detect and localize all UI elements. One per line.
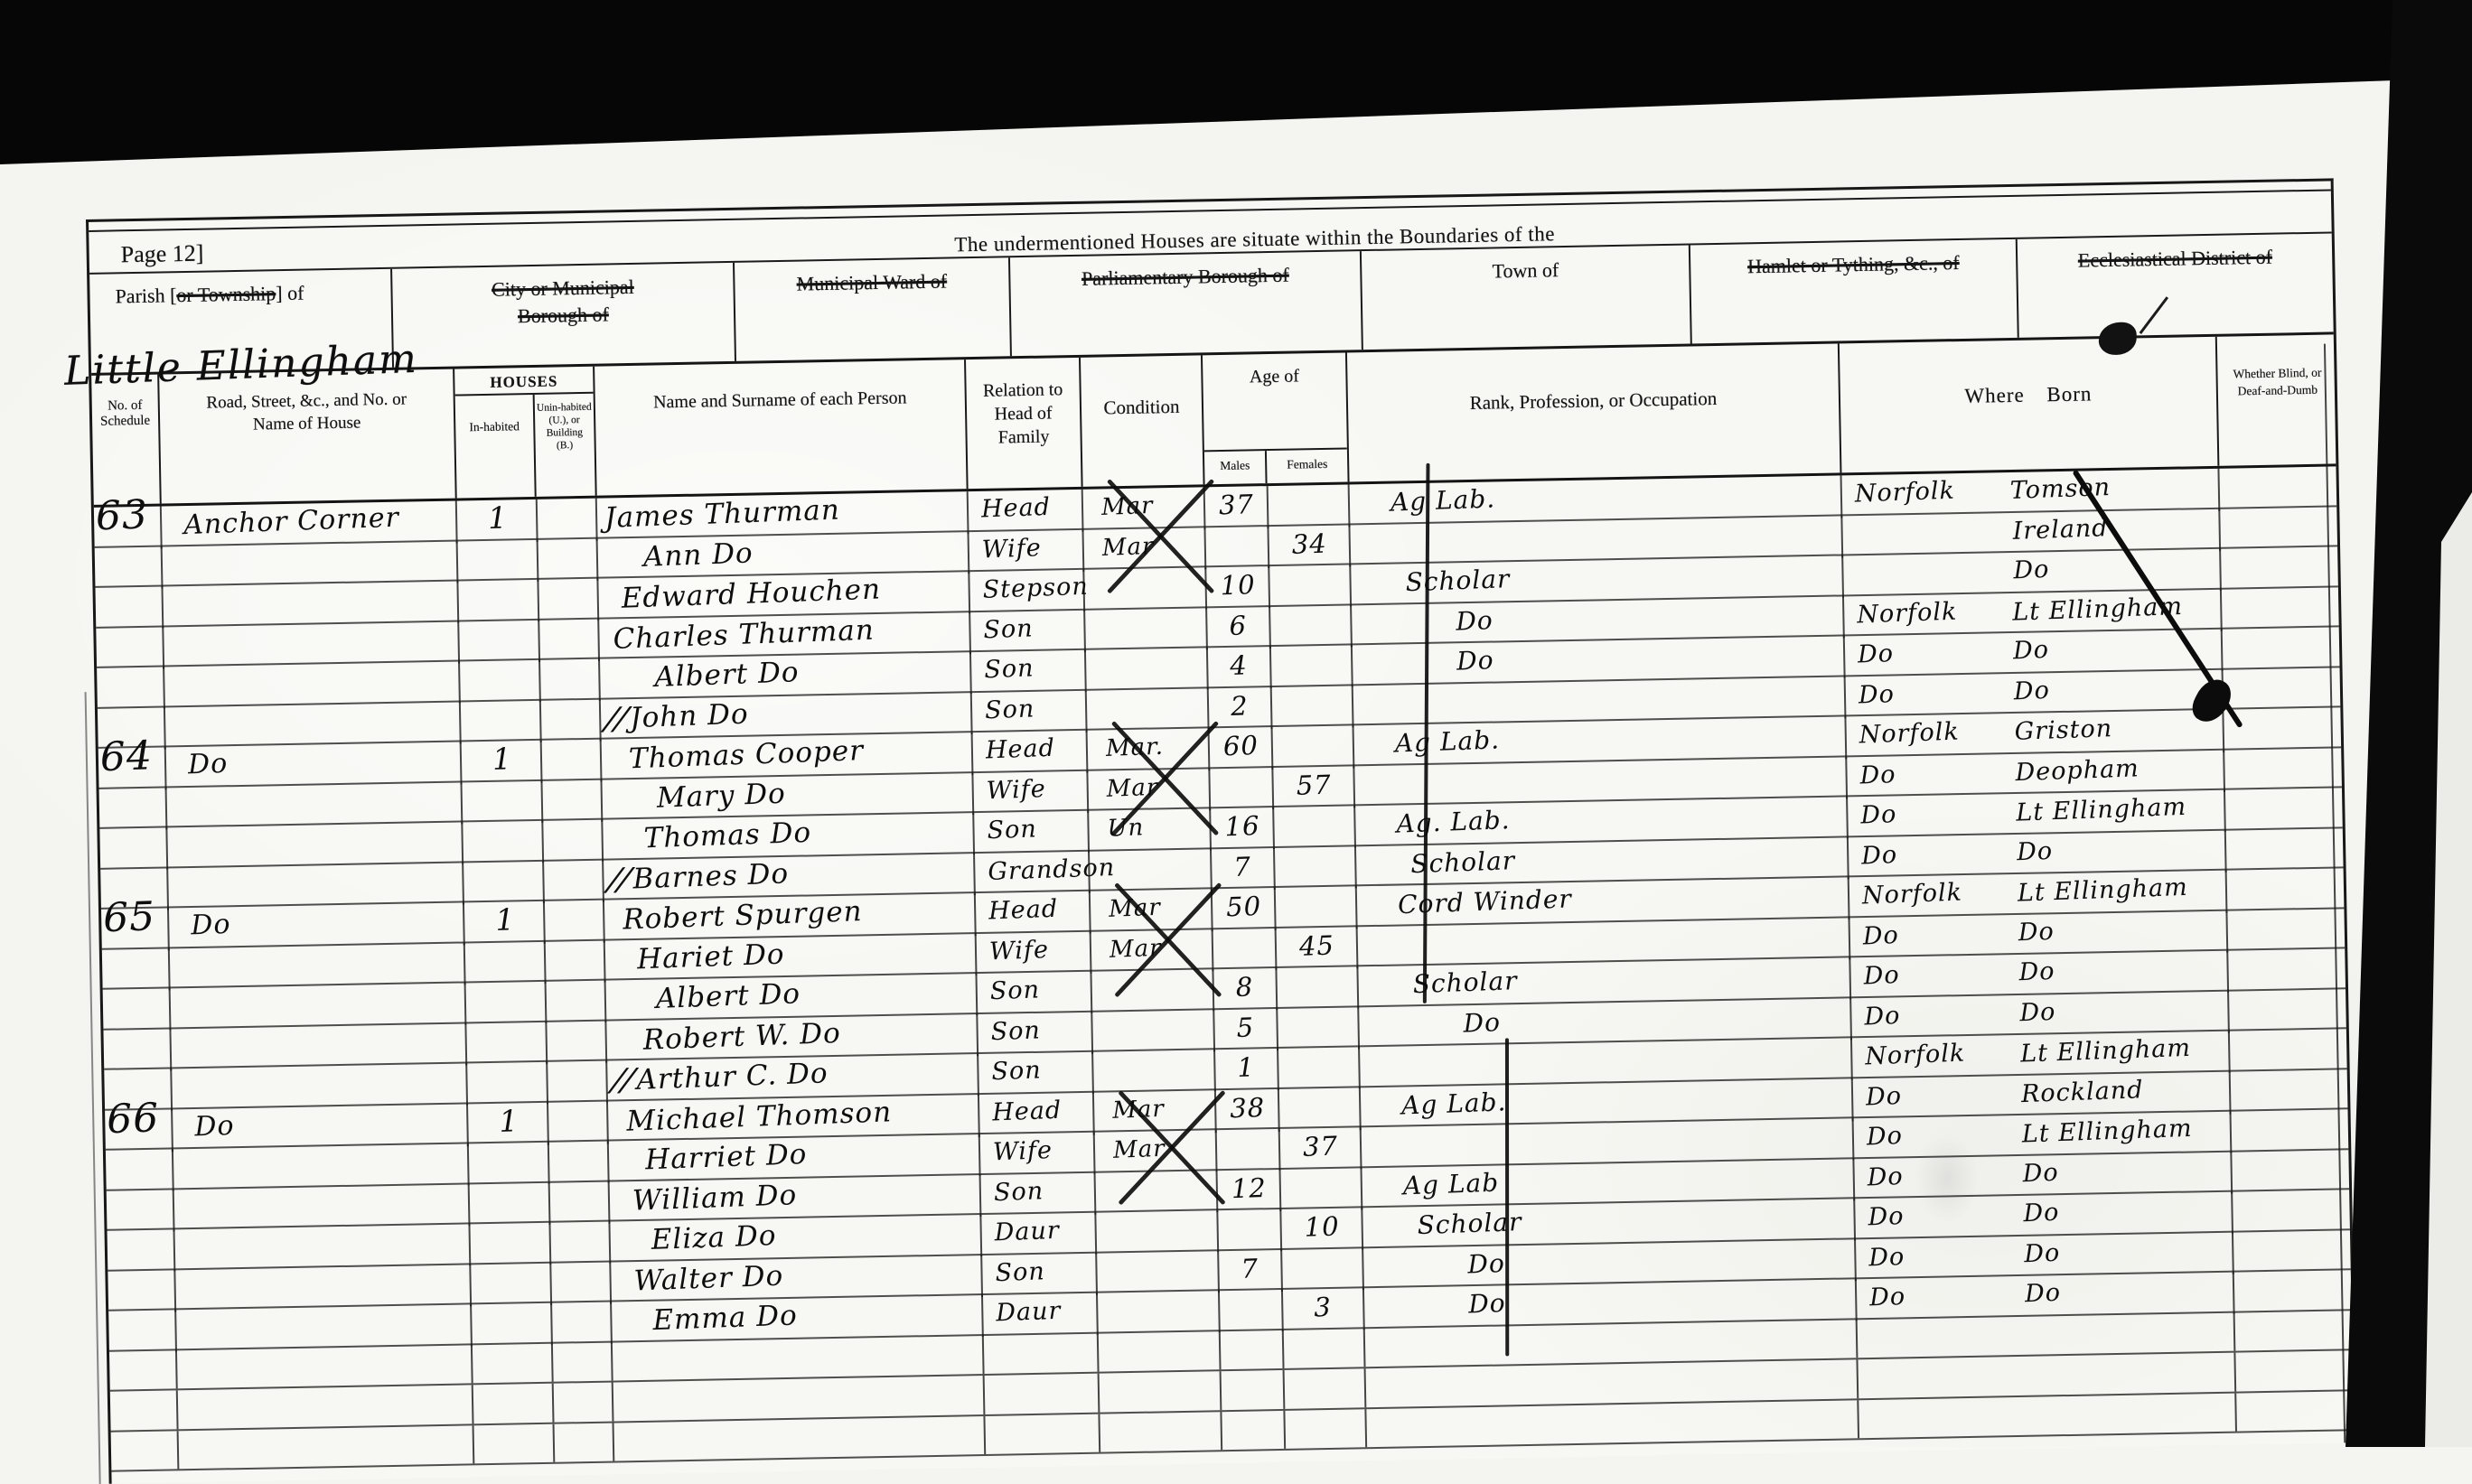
cell-age-m [1221,1330,1285,1369]
cell-house [173,1143,470,1190]
cell-infirmity [2227,909,2347,952]
occupation-value: Do [1456,602,1494,639]
born-county: Do [1860,833,2007,880]
cell-occupation [1366,1359,1859,1406]
cell-house [172,1063,468,1110]
cell-uninhabited [542,779,603,822]
person-name: Charles Thurman [613,611,875,657]
cell-name [613,1376,986,1421]
cell-house [171,1023,467,1070]
born-place: Do [2019,994,2057,1036]
cell-schedule: 64 [98,747,167,790]
ecclesiastical-district-label: Ecclesiastical District of [2018,242,2332,275]
cell-relation: Son [978,1012,1093,1055]
cell-born [1858,1312,2236,1358]
cell-infirmity [2223,627,2343,670]
cell-schedule [95,546,164,589]
inhabited-value: 1 [499,1103,520,1140]
cell-relation: Wife [969,529,1084,573]
cell-infirmity [2221,546,2341,590]
age-f-value: 34 [1291,525,1327,562]
cell-uninhabited [550,1181,611,1224]
cell-occupation [1365,1320,1859,1367]
person-name: Thomas Do [643,815,812,857]
condition-check-mark [1082,468,1239,606]
cell-infirmity [2233,1230,2354,1274]
born-place: Do [2018,954,2056,996]
cell-infirmity [2235,1350,2355,1391]
cell-infirmity [2224,748,2345,791]
field-hamlet: Hamlet or Tything, &c., of [1690,239,2019,344]
cell-condition [1085,608,1208,651]
occupation-value: Do [1463,1004,1502,1041]
cell-infirmity [2219,466,2339,510]
cell-schedule [107,1190,175,1232]
cell-uninhabited [553,1342,613,1382]
cell-name [613,1335,985,1380]
cell-infirmity [2225,788,2346,831]
cell-infirmity [2224,707,2344,751]
cell-uninhabited [554,1383,614,1423]
born-county: Do [1857,632,2003,679]
occupation-value: Do [1456,642,1495,679]
age-f-value: 45 [1298,927,1334,964]
cell-uninhabited [555,1423,615,1447]
relation-value: Head [980,490,1051,528]
cell-inhabited [472,1303,553,1347]
cell-house [175,1265,472,1311]
person-name: Eliza Do [651,1218,777,1258]
parish-label-struck: or Township [176,282,276,306]
cell-inhabited: 1 [464,901,546,946]
cell-schedule: 66 [105,1109,173,1153]
born-place: Do [2013,552,2051,594]
cell-infirmity [2226,828,2346,872]
schedule-value: 65 [102,899,155,937]
occupation-value: Ag Lab [1402,1164,1500,1204]
cell-infirmity [2227,868,2347,912]
cell-schedule [96,627,164,669]
cell-relation: Wife [980,1133,1096,1176]
cell-house [163,541,459,588]
cell-age-f [1278,1007,1360,1050]
cell-schedule [95,587,164,630]
cell-infirmity [2235,1311,2355,1351]
cell-inhabited [465,941,547,985]
age-m-value: 7 [1241,1250,1259,1287]
cell-uninhabited [548,1101,609,1144]
person-name: Robert W. Do [642,1014,841,1058]
cell-inhabited [466,982,548,1025]
cell-age-m: 7 [1219,1249,1283,1292]
born-place: Do [2012,632,2050,675]
cell-relation: Daur [983,1293,1099,1337]
cell-inhabited [460,660,541,704]
field-parliamentary-borough: Parliamentary Borough of [1010,251,1363,356]
cell-house [171,983,467,1030]
cell-age-f [1285,1409,1367,1447]
parish-label-pre: Parish [ [115,284,176,307]
cell-condition [1100,1412,1222,1447]
cell-age-f [1272,686,1354,729]
col-header-uninhabited: Unin-habited (U.), or Building (B.) [534,394,595,497]
relation-value: Daur [996,1293,1062,1332]
houses-group-label: HOUSES [454,367,594,397]
person-name: Emma Do [652,1297,799,1339]
relation-value: Son [984,650,1035,688]
cell-house [177,1345,473,1388]
cell-inhabited: 1 [462,741,543,785]
condition-check-mark [1090,872,1246,1010]
house-value: Do [194,1107,236,1145]
hamlet-label: Hamlet or Tything, &c., of [1690,248,2017,282]
cell-infirmity [2233,1190,2353,1233]
cell-inhabited [471,1263,552,1306]
cell-relation [985,1374,1100,1414]
born-county: Do [1862,913,2008,960]
relation-value: Son [991,1052,1043,1090]
census-form: Page 12] The undermentioned Houses are s… [86,178,2356,1447]
cell-schedule: 63 [94,507,163,550]
cell-infirmity [2229,989,2349,1032]
cell-infirmity [2232,1150,2352,1193]
cell-schedule [99,827,168,870]
person-name: John Do [630,695,750,736]
cell-infirmity [2231,1069,2351,1114]
cell-age-f [1276,886,1358,930]
born-place: Lt Ellingham [2021,1111,2193,1159]
cell-house [178,1385,474,1428]
relation-value: Wife [986,771,1046,809]
cell-uninhabited [552,1302,613,1345]
born-place: Rockland [2020,1072,2144,1119]
cell-age-f [1279,1087,1362,1132]
cell-schedule [103,1029,172,1071]
cell-uninhabited [538,499,598,542]
born-place: Ireland [2012,510,2110,555]
cell-occupation [1366,1400,1859,1447]
cell-uninhabited [549,1142,610,1184]
cell-uninhabited [547,981,607,1023]
born-county: Do [1867,1154,2013,1201]
relation-value: Son [983,611,1035,649]
cell-relation: Son [972,690,1088,733]
person-name: Robert Spurgen [623,893,864,938]
cell-age-f [1278,1047,1361,1090]
relation-value: Son [990,1013,1042,1050]
born-place: Do [2022,1154,2060,1197]
person-name: Thomas Cooper [628,733,864,777]
condition-check-mark [1087,710,1243,848]
born-place: Lt Ellingham [2020,1031,2192,1078]
born-county: Norfolk [1861,873,2008,921]
field-municipal-ward: Municipal Ward of [735,257,1012,361]
cell-uninhabited [546,940,606,983]
cell-age-f [1280,1168,1362,1211]
cell-inhabited: 1 [468,1102,549,1146]
cell-condition [1100,1371,1222,1412]
cell-infirmity [2230,1029,2350,1072]
person-name: Walter Do [633,1257,784,1299]
person-name: Hariet Do [636,936,785,977]
relation-value: Son [987,811,1038,849]
relation-value: Stepson [982,569,1089,609]
field-parish: Parish [or Township] of Little Ellingham [89,269,394,373]
cell-infirmity [2228,948,2348,992]
person-name: Arthur C. Do [636,1055,829,1098]
cell-schedule [110,1390,179,1430]
house-value: Anchor Corner [183,500,400,545]
inhabited-value: 1 [495,901,516,938]
page-number: Page 12] [120,240,203,269]
cell-age-f [1271,645,1353,688]
cell-schedule [108,1229,176,1272]
cell-inhabited [462,780,543,824]
cell-uninhabited [538,579,599,621]
town-label: Town of [1362,255,1689,288]
col-header-houses: HOUSES In-habited Unin-habited (U.), or … [454,367,597,499]
cell-born [1858,1353,2236,1398]
cell-age-m: 4 [1208,647,1272,689]
cell-inhabited [467,1062,548,1106]
cell-infirmity [2231,1109,2351,1153]
age-f-value: 10 [1304,1208,1340,1245]
house-value: Do [191,907,232,945]
cell-age-m [1222,1410,1286,1447]
cell-inhabited [459,620,540,663]
cell-age-m: 6 [1207,607,1271,649]
cell-relation [984,1333,1100,1374]
person-name: Edward Houchen [621,571,882,616]
cell-house [167,822,463,869]
cell-schedule [97,667,165,709]
cell-age-f [1282,1248,1364,1292]
born-place: Do [2024,1235,2062,1277]
cell-relation: Head [979,1092,1095,1136]
cell-age-m [1218,1209,1282,1252]
cell-relation: Wife [973,770,1089,814]
cell-house [164,621,460,668]
relation-value: Son [993,1173,1044,1211]
cell-relation: Son [970,610,1086,653]
cell-age-f [1273,725,1355,770]
cell-inhabited [463,821,544,864]
col-header-occupation: Rank, Profession, or Occupation [1347,343,1842,481]
cell-relation [985,1414,1100,1447]
cell-schedule [106,1149,174,1191]
cell-inhabited: 1 [457,499,538,544]
field-ecclesiastical-district: Ecclesiastical District of [2018,233,2334,337]
born-place: Deopham [2015,751,2140,797]
occupation-value: Ag Lab. [1394,722,1501,761]
occupation-value: Ag. Lab. [1396,802,1511,842]
born-place: Griston [2014,711,2113,757]
col-header-relation: Relation to Head of Family [966,358,1083,489]
born-place: Do [2013,672,2051,714]
col-header-infirmity: Whether Blind, or Deaf-and-Dumb [2217,334,2339,465]
age-f-value: 57 [1296,766,1332,803]
age-m-value: 6 [1229,607,1248,644]
born-county: Do [1868,1275,2015,1322]
cell-age-f: 57 [1273,766,1355,809]
inhabited-value: 1 [487,499,508,537]
born-county: Norfolk [1865,1034,2011,1081]
inhabited-value: 1 [492,741,512,778]
born-county: Do [1868,1235,2015,1282]
occupation-value: Ag Lab. [1390,481,1496,520]
born-place: Do [2023,1195,2061,1237]
cell-age-f: 10 [1281,1208,1363,1251]
person-name: Barnes Do [632,855,790,897]
born-county: Do [1859,752,2006,799]
cell-schedule [111,1431,180,1447]
parliamentary-borough-label: Parliamentary Borough of [1010,260,1361,294]
cell-relation: Head [976,891,1091,936]
person-name: Albert Do [654,654,800,695]
cell-house [176,1304,473,1351]
born-county: Do [1863,954,2009,1001]
relation-value: Son [984,691,1035,729]
cell-schedule [108,1310,177,1352]
born-place: Do [2024,1275,2062,1318]
cell-condition [1097,1251,1220,1294]
cell-relation: Son [977,972,1092,1015]
cell-age-f [1269,565,1352,608]
born-place: Do [2018,913,2055,956]
relation-value: Head [988,891,1059,930]
age-group-label: Age of [1203,352,1347,450]
relation-value: Wife [992,1133,1053,1171]
cell-uninhabited [541,699,602,742]
age-m-value: 4 [1230,647,1249,684]
col-header-road: Road, Street, &c., and No. or Name of Ho… [159,369,457,504]
cell-schedule [99,788,168,830]
born-county: Norfolk [1854,471,2000,519]
field-town: Town of [1362,245,1691,350]
cell-house [163,582,459,629]
born-county: Norfolk [1857,592,2003,639]
municipal-ward-label: Municipal Ward of [735,266,1008,299]
person-name: James Thurman [604,491,840,536]
relation-value: Daur [994,1213,1060,1252]
cell-uninhabited [540,659,601,702]
cell-relation: Son [974,811,1090,854]
cell-uninhabited [544,860,604,902]
cell-relation: Daur [981,1213,1097,1256]
occupation-value: Scholar [1412,963,1518,1003]
cell-age-f [1285,1368,1367,1408]
cell-infirmity [2234,1270,2355,1313]
cell-house [164,661,461,708]
relation-value: Head [985,731,1055,770]
col-header-age: Age of Males Females [1203,352,1350,484]
cell-inhabited [461,700,542,743]
parish-label-post: ] of [276,282,304,305]
cell-relation: Son [971,650,1087,694]
cell-uninhabited [548,1061,608,1104]
cell-uninhabited [550,1222,611,1265]
col-header-inhabited: In-habited [455,395,537,499]
relation-value: Wife [981,530,1042,568]
cell-age-m: 5 [1214,1008,1278,1050]
cell-age-m [1222,1370,1286,1410]
cell-uninhabited [543,820,604,863]
cell-age-f: 37 [1280,1127,1362,1171]
col-header-schedule: No. of Schedule [91,375,162,505]
cell-relation: Son [981,1172,1097,1216]
born-county: Do [1866,1115,2012,1162]
cell-inhabited [463,861,545,904]
cell-inhabited [458,580,539,623]
schedule-value: 64 [99,738,153,776]
cell-relation: Son [978,1052,1094,1096]
person-name: Michael Thomson [626,1094,893,1139]
cell-schedule: 65 [101,908,170,951]
household-end-mark [601,706,632,733]
cell-schedule [102,948,171,991]
cell-relation: Son [982,1253,1098,1296]
cell-age-f [1270,605,1353,649]
cell-born [1859,1393,2237,1438]
cell-inhabited [470,1223,551,1266]
cell-uninhabited [545,901,605,944]
cell-condition [1099,1331,1222,1372]
tally-line [1505,1038,1509,1356]
cell-house [168,863,464,910]
cell-infirmity [2236,1391,2356,1432]
person-name: Ann Do [642,535,754,574]
person-name: Harriet Do [644,1136,808,1178]
cell-age-f: 45 [1277,927,1359,970]
cell-condition [1098,1291,1221,1334]
cell-uninhabited [539,619,600,661]
born-county: Do [1860,793,2007,840]
born-county: Do [1868,1195,2014,1242]
cell-infirmity [2224,667,2344,711]
cell-condition [1096,1210,1219,1254]
cell-age-f [1275,846,1357,890]
cell-relation: Wife [977,931,1092,975]
condition-check-mark [1094,1079,1250,1218]
relation-value: Head [992,1092,1063,1131]
cell-house [174,1184,471,1231]
born-county: Do [1858,672,2004,719]
cell-age-m [1220,1290,1284,1332]
born-county: Norfolk [1859,713,2005,761]
occupation-value: Ag Lab. [1401,1084,1508,1124]
cell-uninhabited [542,740,603,783]
person-name: Mary Do [656,775,786,816]
cell-inhabited [458,539,539,583]
household-end-mark [607,1068,639,1094]
cell-house [165,702,462,749]
cell-uninhabited [551,1262,612,1304]
cell-condition [1092,1010,1215,1053]
scan-black-border-top [0,0,2472,181]
occupation-value: Do [1468,1285,1507,1322]
cell-relation: Grandson [975,851,1091,894]
cell-schedule [109,1350,178,1390]
person-name: Albert Do [655,975,801,1017]
cell-inhabited [469,1143,550,1186]
relation-value: Son [989,972,1041,1010]
cell-house [167,782,463,829]
age-f-value: 3 [1314,1289,1333,1326]
relation-value: Son [995,1254,1046,1292]
cell-house [170,943,466,990]
cell-inhabited [470,1182,551,1226]
municipal-borough-label: City or Municipal Borough of [454,273,672,331]
